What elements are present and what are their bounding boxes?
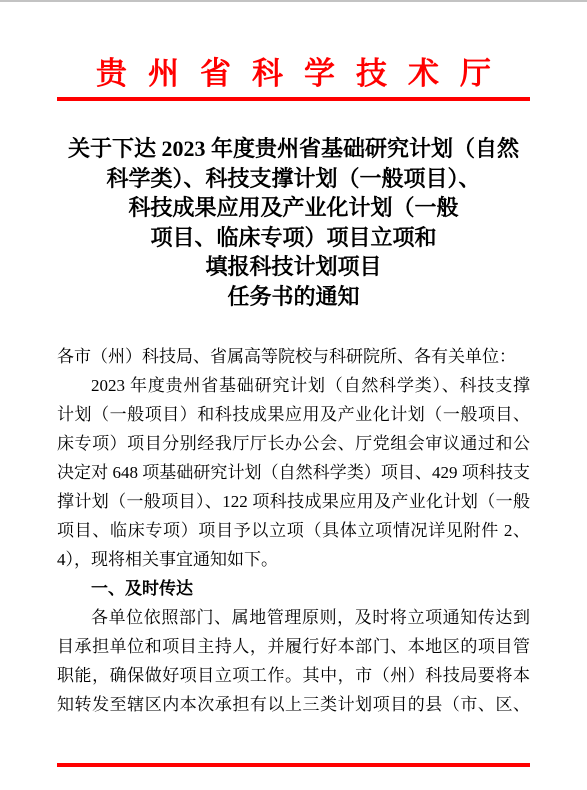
section-heading: 一、及时传达 xyxy=(57,574,530,603)
title-line: 关于下达 2023 年度贵州省基础研究计划（自然 xyxy=(30,134,557,164)
title-line: 任务书的通知 xyxy=(30,282,557,312)
body-text-line: 职能，确保做好项目立项工作。其中，市（州）科技局要将本通 xyxy=(57,661,530,690)
document-body: 各市（州）科技局、省属高等院校与科研院所、各有关单位：2023 年度贵州省基础研… xyxy=(57,342,530,719)
body-text-line: 目承担单位和项目主持人，并履行好本部门、本地区的项目管理 xyxy=(57,632,530,661)
title-line: 填报科技计划项目 xyxy=(30,252,557,282)
title-line: 科学类）、科技支撑计划（一般项目）、 xyxy=(30,164,557,194)
body-text-line: 知转发至辖区内本次承担有以上三类计划项目的县（市、区、特 xyxy=(57,690,530,719)
body-text-line: 4），现将相关事宜通知如下。 xyxy=(57,545,530,574)
document-title: 关于下达 2023 年度贵州省基础研究计划（自然科学类）、科技支撑计划（一般项目… xyxy=(30,134,557,311)
letterhead: 贵州省科学技术厅 xyxy=(0,54,587,94)
body-text-line: 各市（州）科技局、省属高等院校与科研院所、各有关单位： xyxy=(57,342,530,371)
body-text-line: 项目、临床专项）项目予以立项（具体立项情况详见附件 2、3、 xyxy=(57,516,530,545)
body-text-line: 一、及时传达 xyxy=(57,574,530,603)
letterhead-agency-name: 贵州省科学技术厅 xyxy=(96,56,512,91)
window-top-edge xyxy=(0,0,587,2)
body-text-line: 决定对 648 项基础研究计划（自然科学类）项目、429 项科技支 xyxy=(57,458,530,487)
title-line: 项目、临床专项）项目立项和 xyxy=(30,223,557,253)
salutation: 各市（州）科技局、省属高等院校与科研院所、各有关单位： xyxy=(57,342,530,371)
body-text-line: 计划（一般项目）和科技成果应用及产业化计划（一般项目、临 xyxy=(57,400,530,429)
letterhead-divider-line xyxy=(57,97,530,101)
title-line: 科技成果应用及产业化计划（一般 xyxy=(30,193,557,223)
paragraph-section-1: 各单位依照部门、属地管理原则，及时将立项通知传达到项目承担单位和项目主持人，并履… xyxy=(57,603,530,719)
footer-divider-line xyxy=(57,763,530,767)
body-text-line: 各单位依照部门、属地管理原则，及时将立项通知传达到项 xyxy=(57,603,530,632)
body-text-line: 床专项）项目分别经我厅厅长办公会、厅党组会审议通过和公示， xyxy=(57,429,530,458)
body-text-line: 2023 年度贵州省基础研究计划（自然科学类）、科技支撑 xyxy=(57,371,530,400)
paragraph-intro: 2023 年度贵州省基础研究计划（自然科学类）、科技支撑计划（一般项目）和科技成… xyxy=(57,371,530,574)
body-text-line: 撑计划（一般项目）、122 项科技成果应用及产业化计划（一般 xyxy=(57,487,530,516)
document-page: 贵州省科学技术厅 关于下达 2023 年度贵州省基础研究计划（自然科学类）、科技… xyxy=(0,0,587,790)
